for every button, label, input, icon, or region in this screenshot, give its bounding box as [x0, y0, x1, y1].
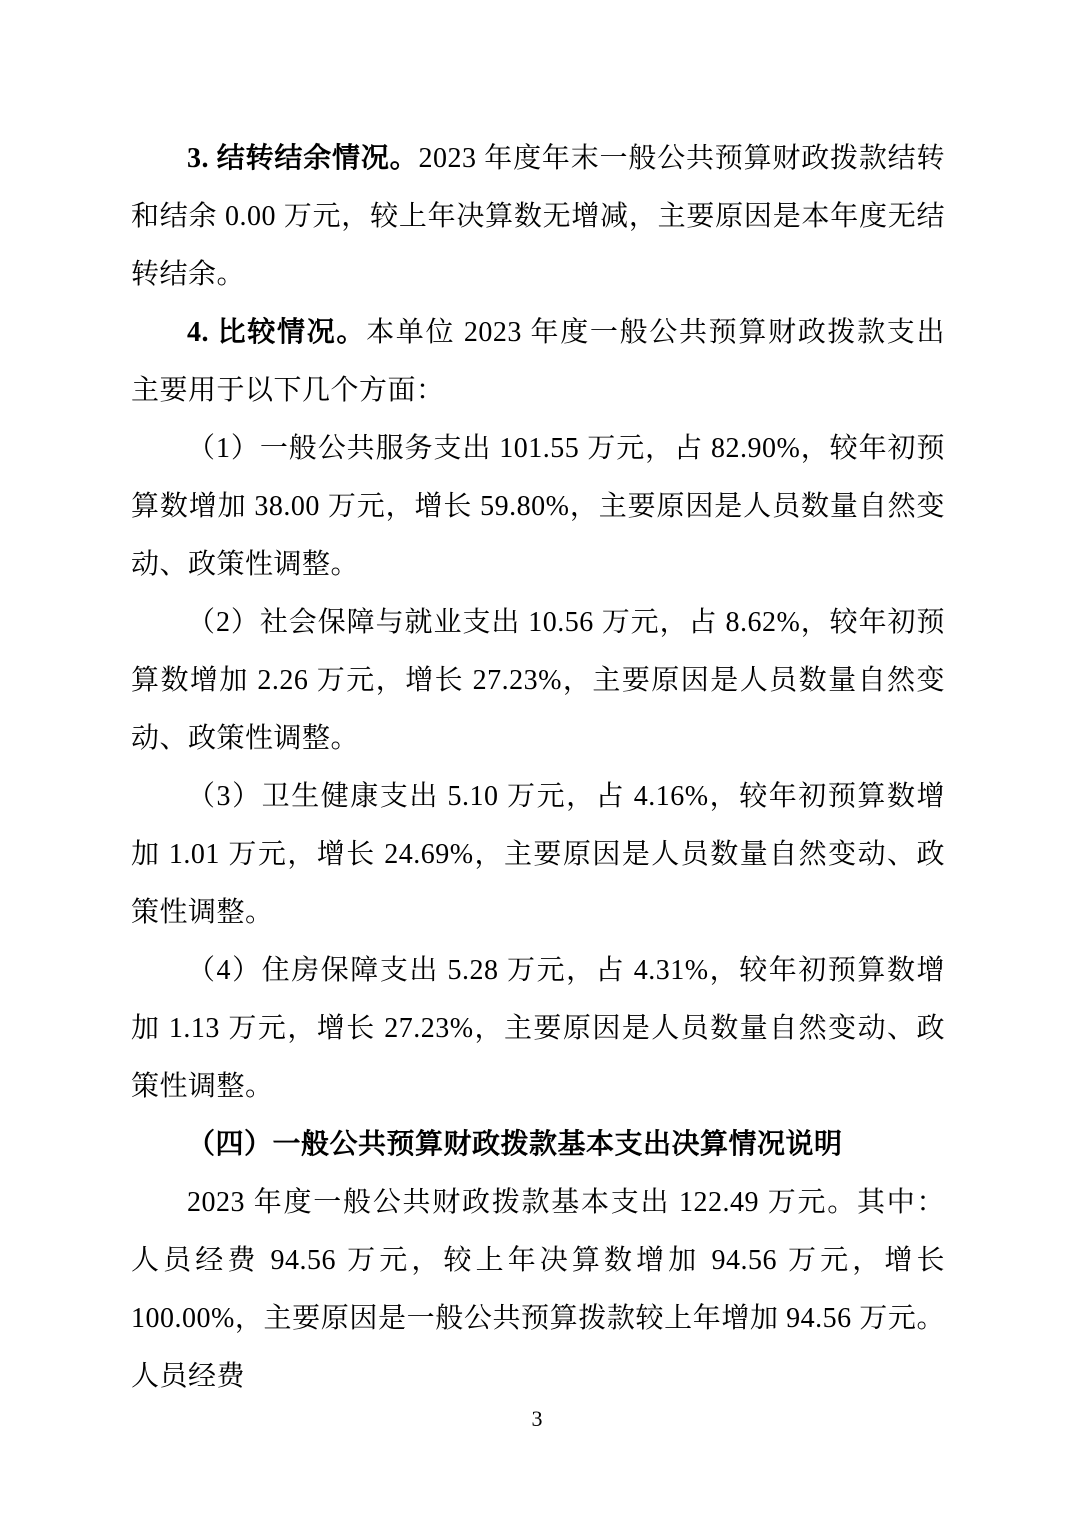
page-number: 3 — [532, 1406, 543, 1431]
document-page: 3. 结转结余情况。2023 年度年末一般公共预算财政拨款结转和结余 0.00 … — [0, 0, 1074, 1520]
section-heading-basic-expenditure: （四）一般公共预算财政拨款基本支出决算情况说明 — [131, 1116, 945, 1174]
page-footer: 3 — [0, 1402, 1074, 1436]
paragraph-carryover: 3. 结转结余情况。2023 年度年末一般公共预算财政拨款结转和结余 0.00 … — [131, 130, 945, 304]
paragraph-item-1-general-public-services: （1）一般公共服务支出 101.55 万元，占 82.90%，较年初预算数增加 … — [131, 420, 945, 594]
paragraph-item-4-housing-security: （4）住房保障支出 5.28 万元，占 4.31%，较年初预算数增加 1.13 … — [131, 942, 945, 1116]
paragraph-comparison: 4. 比较情况。本单位 2023 年度一般公共预算财政拨款支出主要用于以下几个方… — [131, 304, 945, 420]
paragraph-carryover-lead: 3. 结转结余情况。 — [187, 143, 419, 174]
paragraph-item-3-health: （3）卫生健康支出 5.10 万元，占 4.16%，较年初预算数增加 1.01 … — [131, 768, 945, 942]
paragraph-item-2-social-security-employment: （2）社会保障与就业支出 10.56 万元，占 8.62%，较年初预算数增加 2… — [131, 594, 945, 768]
paragraph-comparison-lead: 4. 比较情况。 — [187, 317, 366, 348]
document-body: 3. 结转结余情况。2023 年度年末一般公共预算财政拨款结转和结余 0.00 … — [131, 130, 945, 1406]
paragraph-basic-expenditure-details: 2023 年度一般公共财政拨款基本支出 122.49 万元。其中：人员经费 94… — [131, 1174, 945, 1406]
